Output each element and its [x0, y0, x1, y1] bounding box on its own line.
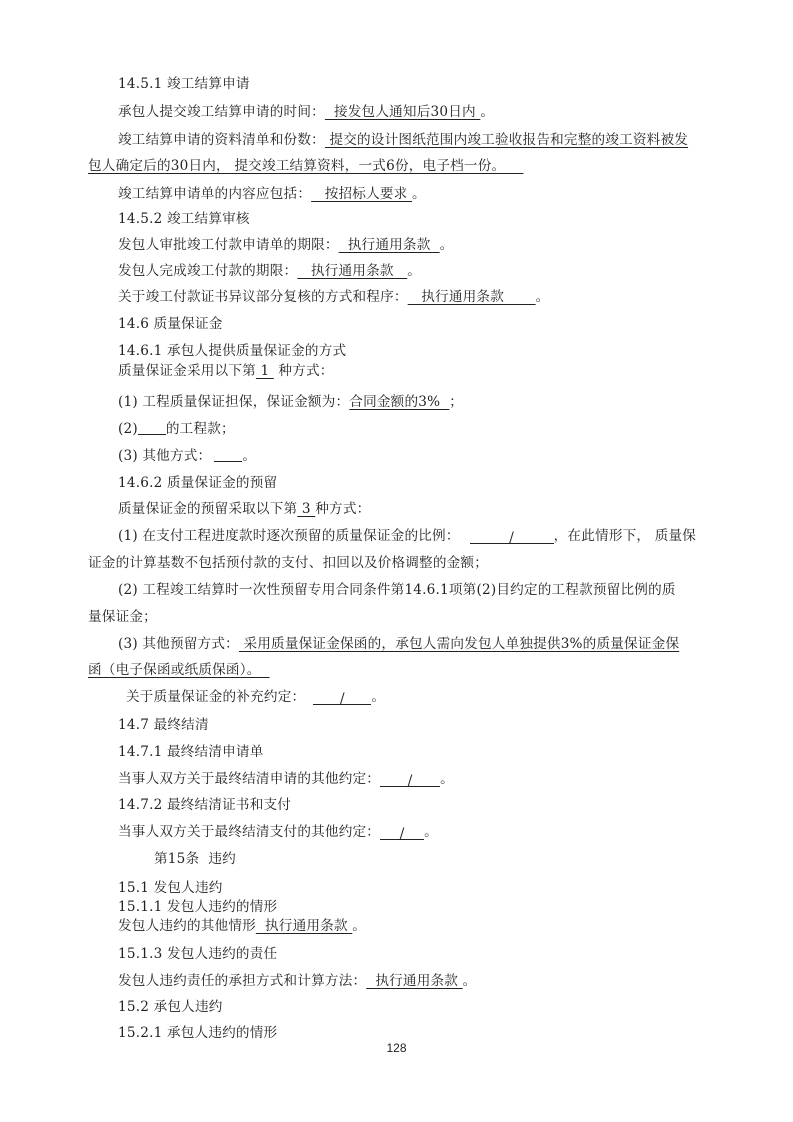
clause-label: 质量保证金的预留采取以下第: [118, 501, 297, 517]
filled-value: 采用质量保证金保函的，承包人需向发包人单独提供3%的质量保证金保: [239, 636, 679, 652]
clause-label: (1) 工程质量保证担保，保证金额为：: [118, 394, 349, 410]
clause-end: ，在此情形下， 质量保: [554, 528, 696, 544]
clause-end: 。: [242, 448, 256, 464]
clause-end: 。: [440, 771, 454, 787]
filled-value: /: [380, 772, 440, 787]
clause-end: 。: [371, 689, 385, 705]
heading-text: 14.6.2 质量保证金的预留: [118, 475, 277, 491]
clause-line-continued: 证金的计算基数不包括预付款的支付、扣回以及价格调整的金额；: [88, 554, 488, 572]
clause-end: 。: [407, 263, 421, 279]
clause-end: 。: [424, 824, 438, 840]
heading-text: 15.1.1 发包人违约的情形: [118, 899, 277, 915]
filled-value: 包人确定后的30日内， 提交竣工结算资料，一式6份，电子档一份。: [88, 158, 523, 174]
empty-blank: [214, 447, 242, 462]
clause-line-continued: 量保证金；: [88, 608, 157, 626]
clause-line: 承包人提交竣工结算申请的时间： 接发包人通知后30日内 。: [118, 103, 494, 121]
clause-line: 发包人违约的其他情形 执行通用条款 。: [118, 917, 366, 935]
clause-label: 当事人双方关于最终结清支付的其他约定：: [118, 824, 380, 840]
clause-line: 竣工结算申请单的内容应包括： 按招标人要求 。: [118, 185, 426, 203]
clause-end: 。: [463, 973, 477, 989]
section-heading-14-6-2: 14.6.2 质量保证金的预留: [118, 474, 277, 492]
clause-label: 竣工结算申请单的内容应包括：: [118, 186, 311, 202]
clause-end: ；: [449, 394, 463, 410]
clause-label: 承包人提交竣工结算申请的时间：: [118, 104, 325, 120]
clause-end: 。: [352, 918, 366, 934]
option-line: (3) 其他预留方式： 采用质量保证金保函的，承包人需向发包人单独提供3%的质量…: [118, 635, 679, 653]
filled-value: 执行通用条款: [366, 973, 462, 989]
clause-label: (3) 其他方式：: [118, 448, 211, 464]
heading-text: 14.7 最终结清: [118, 717, 209, 733]
clause-label: 竣工结算申请的资料清单和份数：: [118, 132, 325, 148]
option-line: (2) 工程竣工结算时一次性预留专用合同条件第14.6.1项第(2)目约定的工程…: [118, 581, 676, 599]
section-heading-14-6-1: 14.6.1 承包人提供质量保证金的方式: [118, 342, 346, 360]
clause-line-continued: 函（电子保函或纸质保函）。: [88, 661, 270, 679]
section-heading-14-7-2: 14.7.2 最终结清证书和支付: [118, 796, 291, 814]
option-line: (1) 工程质量保证担保，保证金额为：合同金额的3% ；: [118, 393, 463, 411]
filled-value: /: [470, 529, 554, 544]
clause-label: 发包人违约责任的承担方式和计算方法：: [118, 973, 366, 989]
filled-value: 接发包人通知后30日内: [325, 104, 480, 120]
clause-end: 。: [536, 289, 550, 305]
clause-end: 种方式：: [315, 501, 370, 517]
clause-line: 质量保证金的预留采取以下第 3 种方式：: [118, 500, 370, 518]
option-line: (1) 在支付工程进度款时逐次预留的质量保证金的比例：/，在此情形下， 质量保: [118, 527, 696, 545]
clause-label: 关于质量保证金的补充约定：: [126, 689, 305, 705]
page-number: 128: [0, 1041, 793, 1055]
clause-end: 。: [412, 186, 426, 202]
section-heading-15-2-1: 15.2.1 承包人违约的情形: [118, 1024, 277, 1042]
section-heading-14-7-1: 14.7.1 最终结清申请单: [118, 743, 264, 761]
section-heading-15-1: 15.1 发包人违约: [118, 879, 223, 897]
filled-value: 执行通用条款: [408, 289, 536, 305]
article-heading-15: 第15条 违约: [154, 850, 236, 868]
clause-text: (2) 工程竣工结算时一次性预留专用合同条件第14.6.1项第(2)目约定的工程…: [118, 582, 676, 598]
clause-end: 的工程款；: [166, 421, 235, 437]
section-heading-15-2: 15.2 承包人违约: [118, 998, 223, 1016]
heading-text: 15.2 承包人违约: [118, 999, 223, 1015]
heading-text: 14.5.2 竣工结算审核: [118, 211, 250, 227]
filled-value: /: [380, 825, 424, 840]
heading-text: 15.1.3 发包人违约的责任: [118, 946, 277, 962]
filled-value: 按招标人要求: [311, 186, 412, 202]
clause-line: 发包人审批竣工付款申请单的期限： 执行通用条款 。: [118, 236, 453, 254]
clause-line: 质量保证金采用以下第 1 种方式：: [118, 362, 334, 380]
filled-value: 执行通用条款: [256, 918, 352, 934]
clause-label: 发包人审批竣工付款申请单的期限：: [118, 237, 339, 253]
clause-label: (3) 其他预留方式：: [118, 636, 239, 652]
clause-line-continued: 包人确定后的30日内， 提交竣工结算资料，一式6份，电子档一份。: [88, 157, 523, 175]
filled-value: 函（电子保函或纸质保函）。: [88, 662, 270, 678]
clause-label: 当事人双方关于最终结清申请的其他约定：: [118, 771, 380, 787]
clause-line: 发包人完成竣工付款的期限： 执行通用条款 。: [118, 262, 421, 280]
filled-value: /: [313, 690, 371, 705]
section-heading-14-5-1: 14.5.1 竣工结算申请: [118, 75, 250, 93]
section-heading-14-7: 14.7 最终结清: [118, 716, 209, 734]
clause-line: 当事人双方关于最终结清申请的其他约定：/。: [118, 770, 454, 788]
clause-end: 种方式：: [274, 363, 334, 379]
clause-line: 当事人双方关于最终结清支付的其他约定：/。: [118, 823, 438, 841]
heading-text: 14.6 质量保证金: [118, 316, 223, 332]
filled-value: 1: [256, 363, 274, 379]
empty-blank: [138, 420, 166, 435]
filled-value: 提交的设计图纸范围内竣工验收报告和完整的竣工资料被发: [325, 132, 688, 148]
clause-line: 发包人违约责任的承担方式和计算方法： 执行通用条款 。: [118, 972, 476, 990]
clause-label: 发包人违约的其他情形: [118, 918, 256, 934]
section-heading-14-6: 14.6 质量保证金: [118, 315, 223, 333]
section-heading-15-1-1: 15.1.1 发包人违约的情形: [118, 898, 277, 916]
heading-text: 14.7.1 最终结清申请单: [118, 744, 264, 760]
clause-line: 关于竣工付款证书异议部分复核的方式和程序： 执行通用条款 。: [118, 288, 549, 306]
heading-text: 14.7.2 最终结清证书和支付: [118, 797, 291, 813]
clause-label: 关于竣工付款证书异议部分复核的方式和程序：: [118, 289, 408, 305]
filled-value: 3: [297, 501, 315, 517]
clause-text: 量保证金；: [88, 609, 157, 625]
clause-line: 竣工结算申请的资料清单和份数： 提交的设计图纸范围内竣工验收报告和完整的竣工资料…: [118, 131, 688, 149]
clause-label: 发包人完成竣工付款的期限：: [118, 263, 297, 279]
filled-value: 合同金额的3%: [349, 394, 449, 410]
heading-text: 15.2.1 承包人违约的情形: [118, 1025, 277, 1041]
option-line: (2)的工程款；: [118, 420, 235, 438]
clause-end: 。: [480, 104, 494, 120]
clause-label: 质量保证金采用以下第: [118, 363, 256, 379]
clause-label: (1) 在支付工程进度款时逐次预留的质量保证金的比例：: [118, 528, 460, 544]
clause-line: 关于质量保证金的补充约定：/。: [126, 688, 385, 706]
heading-text: 第15条 违约: [154, 851, 236, 867]
heading-text: 14.6.1 承包人提供质量保证金的方式: [118, 343, 346, 359]
section-heading-14-5-2: 14.5.2 竣工结算审核: [118, 210, 250, 228]
heading-text: 14.5.1 竣工结算申请: [118, 76, 250, 92]
filled-value: 执行通用条款: [339, 237, 440, 253]
clause-end: 。: [440, 237, 454, 253]
filled-value: 执行通用条款: [297, 263, 407, 279]
option-line: (3) 其他方式：。: [118, 447, 256, 465]
clause-label: (2): [118, 421, 138, 437]
document-page: 14.5.1 竣工结算申请 承包人提交竣工结算申请的时间： 接发包人通知后30日…: [0, 0, 793, 1122]
heading-text: 15.1 发包人违约: [118, 880, 223, 896]
section-heading-15-1-3: 15.1.3 发包人违约的责任: [118, 945, 277, 963]
clause-text: 证金的计算基数不包括预付款的支付、扣回以及价格调整的金额；: [88, 555, 488, 571]
